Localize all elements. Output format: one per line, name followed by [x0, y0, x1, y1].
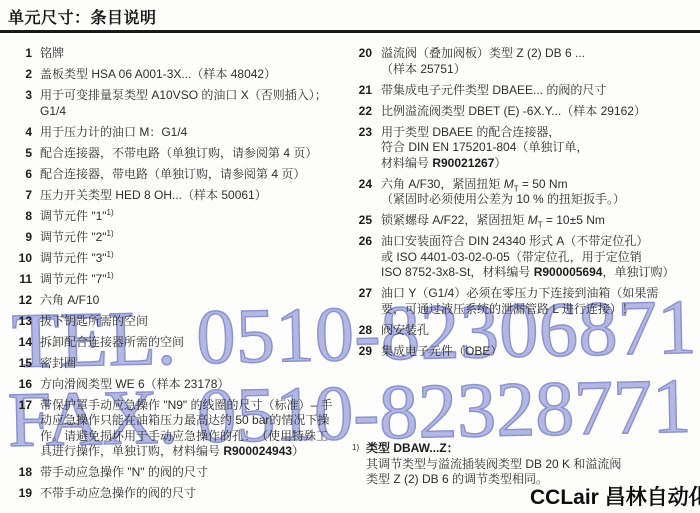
item-line: 阀安装孔 [381, 323, 698, 339]
list-item: 14拆卸配合连接器所需的空间 [16, 335, 350, 351]
title-divider-rule [0, 30, 700, 33]
list-item: 12六角 A/F10 [16, 293, 350, 309]
item-line: 用于可变排量泵类型 A10VSO 的油口 X（否则插入）； [40, 88, 350, 104]
item-number: 18 [16, 465, 32, 481]
item-number: 28 [352, 323, 372, 339]
item-text: 用于可变排量泵类型 A10VSO 的油口 X（否则插入）；G1/4 [40, 88, 350, 119]
item-number: 21 [352, 83, 372, 99]
item-text: 带集成电子元件类型 DBAEE... 的阀的尺寸 [381, 83, 698, 99]
left-column: 1铭牌2盖板类型 HSA 06 A001-3X...（样本 48042）3用于可… [16, 46, 350, 507]
item-line: 不带手动应急操作的阀的尺寸 [40, 486, 350, 502]
item-line: （紧固时必须使用公差为 10 % 的扭矩扳手。） [381, 192, 698, 208]
item-text: 铭牌 [40, 46, 350, 62]
item-line: 或 ISO 4401-03-02-0-05（带定位孔，用于定位销 [381, 250, 698, 266]
item-number: 12 [16, 293, 32, 309]
item-line: 具进行操作，单独订购，材料编号 R900024943） [40, 444, 350, 460]
item-line: 符合 DIN EN 175201-804（单独订单， [381, 140, 698, 156]
item-number: 4 [16, 125, 32, 141]
list-item: 3用于可变排量泵类型 A10VSO 的油口 X（否则插入）；G1/4 [16, 88, 350, 119]
item-line: 压力开关类型 HED 8 OH...（样本 50061） [40, 188, 350, 204]
item-number: 2 [16, 67, 32, 83]
item-line: 要，可通过液压系统的泄漏管路 L 进行连接）！ [381, 302, 698, 318]
item-number: 23 [352, 125, 372, 172]
item-line: 配合连接器，不带电路（单独订购，请参阅第 4 页） [40, 146, 350, 162]
item-number: 20 [352, 46, 372, 77]
item-number: 26 [352, 234, 372, 281]
item-text: 油口 Y（G1/4）必须在零压力下连接到油箱（如果需要，可通过液压系统的泄漏管路… [381, 286, 698, 317]
list-item: 16方向滑阀类型 WE 6（样本 23178） [16, 377, 350, 393]
list-item: 29集成电子元件（OBE） [352, 344, 698, 360]
item-text: 溢流阀（叠加阀板）类型 Z (2) DB 6 ...（样本 25751） [381, 46, 698, 77]
item-text: 六角 A/F30，紧固扭矩 MT = 50 Nm（紧固时必须使用公差为 10 %… [381, 177, 698, 208]
item-line: 溢流阀（叠加阀板）类型 Z (2) DB 6 ... [381, 46, 698, 62]
item-text: 配合连接器，带电路（单独订购，请参阅第 4 页） [40, 167, 350, 183]
item-line: 其调节类型与溢流插装阀类型 DB 20 K 和溢流阀 [366, 457, 698, 473]
item-text: 阀安装孔 [381, 323, 698, 339]
item-number: 19 [16, 486, 32, 502]
item-line: 油口 Y（G1/4）必须在零压力下连接到油箱（如果需 [381, 286, 698, 302]
item-line: 密封圈 [40, 356, 350, 372]
list-item: 8调节元件 "1"1) [16, 209, 350, 225]
item-text: 配合连接器，不带电路（单独订购，请参阅第 4 页） [40, 146, 350, 162]
item-line: 用于压力计的油口 M：G1/4 [40, 125, 350, 141]
item-line: 拔下钥匙所需的空间 [40, 314, 350, 330]
item-number: 22 [352, 104, 372, 120]
item-line: 锁紧螺母 A/F22，紧固扭矩 MT = 10±5 Nm [381, 213, 698, 229]
item-line: 集成电子元件（OBE） [381, 344, 698, 360]
item-line: 调节元件 "1"1) [40, 209, 350, 225]
footnote-marker: 1) [352, 441, 366, 488]
item-line: 作。请避免损坏用于手动应急操作的孔！（使用特殊工 [40, 429, 350, 445]
item-text: 拔下钥匙所需的空间 [40, 314, 350, 330]
list-item: 4用于压力计的油口 M：G1/4 [16, 125, 350, 141]
item-number: 24 [352, 177, 372, 208]
item-text: 盖板类型 HSA 06 A001-3X...（样本 48042） [40, 67, 350, 83]
item-line: （样本 25751） [381, 62, 698, 78]
item-text: 调节元件 "3"1) [40, 251, 350, 267]
brand-watermark: CCLair 昌林自动化 [530, 481, 700, 511]
item-line: 六角 A/F10 [40, 293, 350, 309]
list-item: 9调节元件 "2"1) [16, 230, 350, 246]
item-line: 铭牌 [40, 46, 350, 62]
item-line: 类型 DBAW...Z： [366, 441, 698, 457]
item-number: 6 [16, 167, 32, 183]
item-number: 25 [352, 213, 372, 229]
item-line: 带集成电子元件类型 DBAEE... 的阀的尺寸 [381, 83, 698, 99]
item-line: 方向滑阀类型 WE 6（样本 23178） [40, 377, 350, 393]
list-item: 1铭牌 [16, 46, 350, 62]
list-item: 26油口安装面符合 DIN 24340 形式 A（不带定位孔）或 ISO 440… [352, 234, 698, 281]
list-item: 25锁紧螺母 A/F22，紧固扭矩 MT = 10±5 Nm [352, 213, 698, 229]
item-number: 10 [16, 251, 32, 267]
item-text: 比例溢流阀类型 DBET (E) -6X.Y...（样本 29162） [381, 104, 698, 120]
list-item: 18带手动应急操作 "N" 的阀的尺寸 [16, 465, 350, 481]
item-number: 14 [16, 335, 32, 351]
list-item: 19不带手动应急操作的阀的尺寸 [16, 486, 350, 502]
list-item: 15密封圈 [16, 356, 350, 372]
item-text: 调节元件 "1"1) [40, 209, 350, 225]
item-line: 调节元件 "7"1) [40, 272, 350, 288]
item-number: 9 [16, 230, 32, 246]
item-line: 比例溢流阀类型 DBET (E) -6X.Y...（样本 29162） [381, 104, 698, 120]
item-line: 油口安装面符合 DIN 24340 形式 A（不带定位孔） [381, 234, 698, 250]
item-text: 拆卸配合连接器所需的空间 [40, 335, 350, 351]
item-text: 用于类型 DBAEE 的配合连接器，符合 DIN EN 175201-804（单… [381, 125, 698, 172]
list-item: 28阀安装孔 [352, 323, 698, 339]
list-item: 27油口 Y（G1/4）必须在零压力下连接到油箱（如果需要，可通过液压系统的泄漏… [352, 286, 698, 317]
list-item: 2盖板类型 HSA 06 A001-3X...（样本 48042） [16, 67, 350, 83]
item-text: 带手动应急操作 "N" 的阀的尺寸 [40, 465, 350, 481]
item-line: G1/4 [40, 104, 350, 120]
item-text: 六角 A/F10 [40, 293, 350, 309]
item-text: 调节元件 "2"1) [40, 230, 350, 246]
item-text: 密封圈 [40, 356, 350, 372]
list-item: 17带保护罩手动应急操作 "N9" 的线圈的尺寸（标准）– 手动应急操作只能在油… [16, 398, 350, 460]
item-number: 8 [16, 209, 32, 225]
item-text: 带保护罩手动应急操作 "N9" 的线圈的尺寸（标准）– 手动应急操作只能在油箱压… [40, 398, 350, 460]
item-number: 3 [16, 88, 32, 119]
item-number: 13 [16, 314, 32, 330]
item-text: 不带手动应急操作的阀的尺寸 [40, 486, 350, 502]
item-text: 集成电子元件（OBE） [381, 344, 698, 360]
item-text: 锁紧螺母 A/F22，紧固扭矩 MT = 10±5 Nm [381, 213, 698, 229]
item-text: 方向滑阀类型 WE 6（样本 23178） [40, 377, 350, 393]
list-item: 10调节元件 "3"1) [16, 251, 350, 267]
item-number: 5 [16, 146, 32, 162]
item-text: 油口安装面符合 DIN 24340 形式 A（不带定位孔）或 ISO 4401-… [381, 234, 698, 281]
item-number: 27 [352, 286, 372, 317]
list-item: 22比例溢流阀类型 DBET (E) -6X.Y...（样本 29162） [352, 104, 698, 120]
item-number: 1 [16, 46, 32, 62]
item-number: 7 [16, 188, 32, 204]
item-number: 15 [16, 356, 32, 372]
item-line: 拆卸配合连接器所需的空间 [40, 335, 350, 351]
item-line: ISO 8752-3x8-St，材料编号 R900005694，单独订购） [381, 265, 698, 281]
list-item: 24六角 A/F30，紧固扭矩 MT = 50 Nm（紧固时必须使用公差为 10… [352, 177, 698, 208]
item-line: 调节元件 "2"1) [40, 230, 350, 246]
list-item: 20溢流阀（叠加阀板）类型 Z (2) DB 6 ...（样本 25751） [352, 46, 698, 77]
item-text: 调节元件 "7"1) [40, 272, 350, 288]
list-item: 23用于类型 DBAEE 的配合连接器，符合 DIN EN 175201-804… [352, 125, 698, 172]
item-line: 动应急操作只能在油箱压力最高达约 50 bar的情况下操 [40, 413, 350, 429]
item-text: 用于压力计的油口 M：G1/4 [40, 125, 350, 141]
item-line: 盖板类型 HSA 06 A001-3X...（样本 48042） [40, 67, 350, 83]
item-number: 11 [16, 272, 32, 288]
list-item: 13拔下钥匙所需的空间 [16, 314, 350, 330]
list-item: 7压力开关类型 HED 8 OH...（样本 50061） [16, 188, 350, 204]
item-line: 配合连接器，带电路（单独订购，请参阅第 4 页） [40, 167, 350, 183]
right-column: 20溢流阀（叠加阀板）类型 Z (2) DB 6 ...（样本 25751）21… [352, 46, 698, 365]
item-line: 用于类型 DBAEE 的配合连接器， [381, 125, 698, 141]
item-number: 17 [16, 398, 32, 460]
list-item: 5配合连接器，不带电路（单独订购，请参阅第 4 页） [16, 146, 350, 162]
item-number: 16 [16, 377, 32, 393]
item-line: 调节元件 "3"1) [40, 251, 350, 267]
item-line: 六角 A/F30，紧固扭矩 MT = 50 Nm [381, 177, 698, 193]
item-number: 29 [352, 344, 372, 360]
item-line: 带保护罩手动应急操作 "N9" 的线圈的尺寸（标准）– 手 [40, 398, 350, 414]
page-title: 单元尺寸：条目说明 [8, 5, 157, 28]
item-line: 带手动应急操作 "N" 的阀的尺寸 [40, 465, 350, 481]
list-item: 6配合连接器，带电路（单独订购，请参阅第 4 页） [16, 167, 350, 183]
item-line: 材料编号 R90021267） [381, 156, 698, 172]
list-item: 21带集成电子元件类型 DBAEE... 的阀的尺寸 [352, 83, 698, 99]
list-item: 11调节元件 "7"1) [16, 272, 350, 288]
item-text: 压力开关类型 HED 8 OH...（样本 50061） [40, 188, 350, 204]
